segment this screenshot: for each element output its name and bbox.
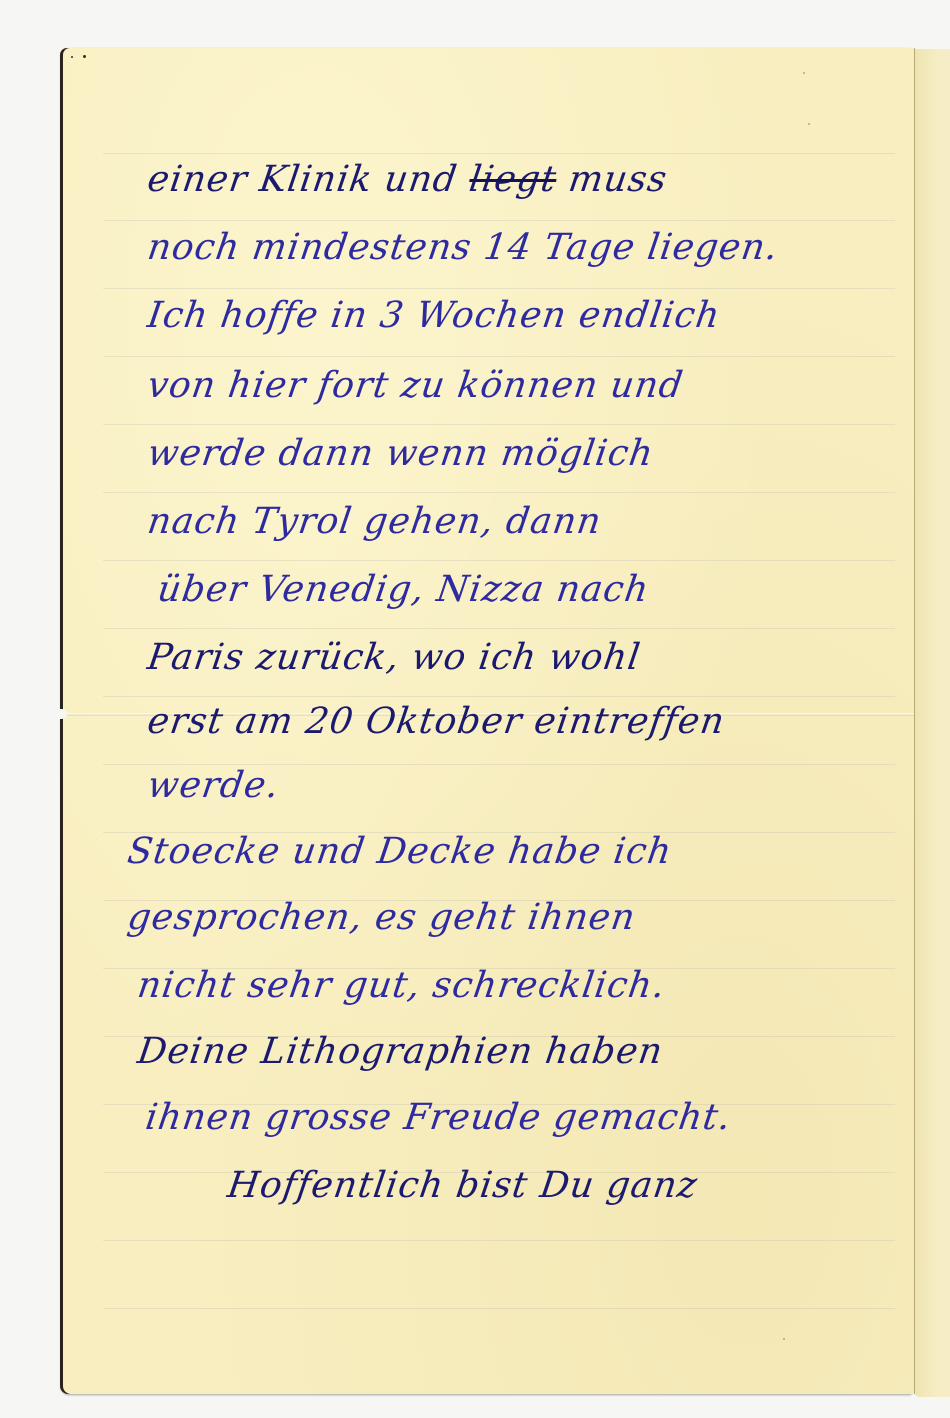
ruled-line xyxy=(103,220,895,221)
handwritten-line-14: Deine Lithographien haben xyxy=(135,1032,666,1072)
line-text-continued: muss xyxy=(554,159,670,200)
handwritten-line-10: werde. xyxy=(145,766,282,806)
paper-speck xyxy=(803,72,805,74)
ruled-line xyxy=(103,288,895,289)
ruled-line xyxy=(103,560,895,561)
handwritten-line-9: erst am 20 Oktober eintreffen xyxy=(145,702,727,742)
pinhole-mark xyxy=(83,55,86,58)
paper-speck xyxy=(808,123,810,125)
ruled-line xyxy=(103,696,895,697)
adjacent-page-edge xyxy=(914,49,950,1397)
ruled-line xyxy=(103,356,895,357)
letter-page: einer Klinik und liegt muss noch mindest… xyxy=(63,48,915,1394)
ruled-line xyxy=(103,492,895,493)
fold-notch xyxy=(59,709,67,719)
handwritten-line-1: einer Klinik und liegt muss xyxy=(145,160,670,200)
paper-speck xyxy=(783,1338,785,1340)
ruled-line xyxy=(103,1308,895,1309)
handwritten-line-2: noch mindestens 14 Tage liegen. xyxy=(145,228,781,268)
handwritten-line-3: Ich hoffe in 3 Wochen endlich xyxy=(145,296,723,336)
ruled-line xyxy=(103,424,895,425)
ruled-line xyxy=(103,1240,895,1241)
handwritten-line-12: gesprochen, es geht ihnen xyxy=(125,898,638,938)
pinhole-mark xyxy=(71,56,73,58)
handwritten-line-6: nach Tyrol gehen, dann xyxy=(145,502,604,542)
handwritten-line-13: nicht sehr gut, schrecklich. xyxy=(135,966,668,1006)
ruled-line xyxy=(103,628,895,629)
ruled-line xyxy=(103,153,895,154)
struck-word: liegt xyxy=(467,159,560,200)
handwritten-line-16: Hoffentlich bist Du ganz xyxy=(225,1166,700,1206)
handwritten-line-15: ihnen grosse Freude gemacht. xyxy=(143,1098,734,1138)
handwritten-line-4: von hier fort zu können und xyxy=(145,366,686,406)
handwritten-line-11: Stoecke und Decke habe ich xyxy=(125,832,675,872)
handwritten-line-8: Paris zurück, wo ich wohl xyxy=(145,638,643,678)
line-text: einer Klinik und xyxy=(145,159,472,200)
handwritten-line-7: über Venedig, Nizza nach xyxy=(155,570,652,610)
handwritten-line-5: werde dann wenn möglich xyxy=(145,434,656,474)
